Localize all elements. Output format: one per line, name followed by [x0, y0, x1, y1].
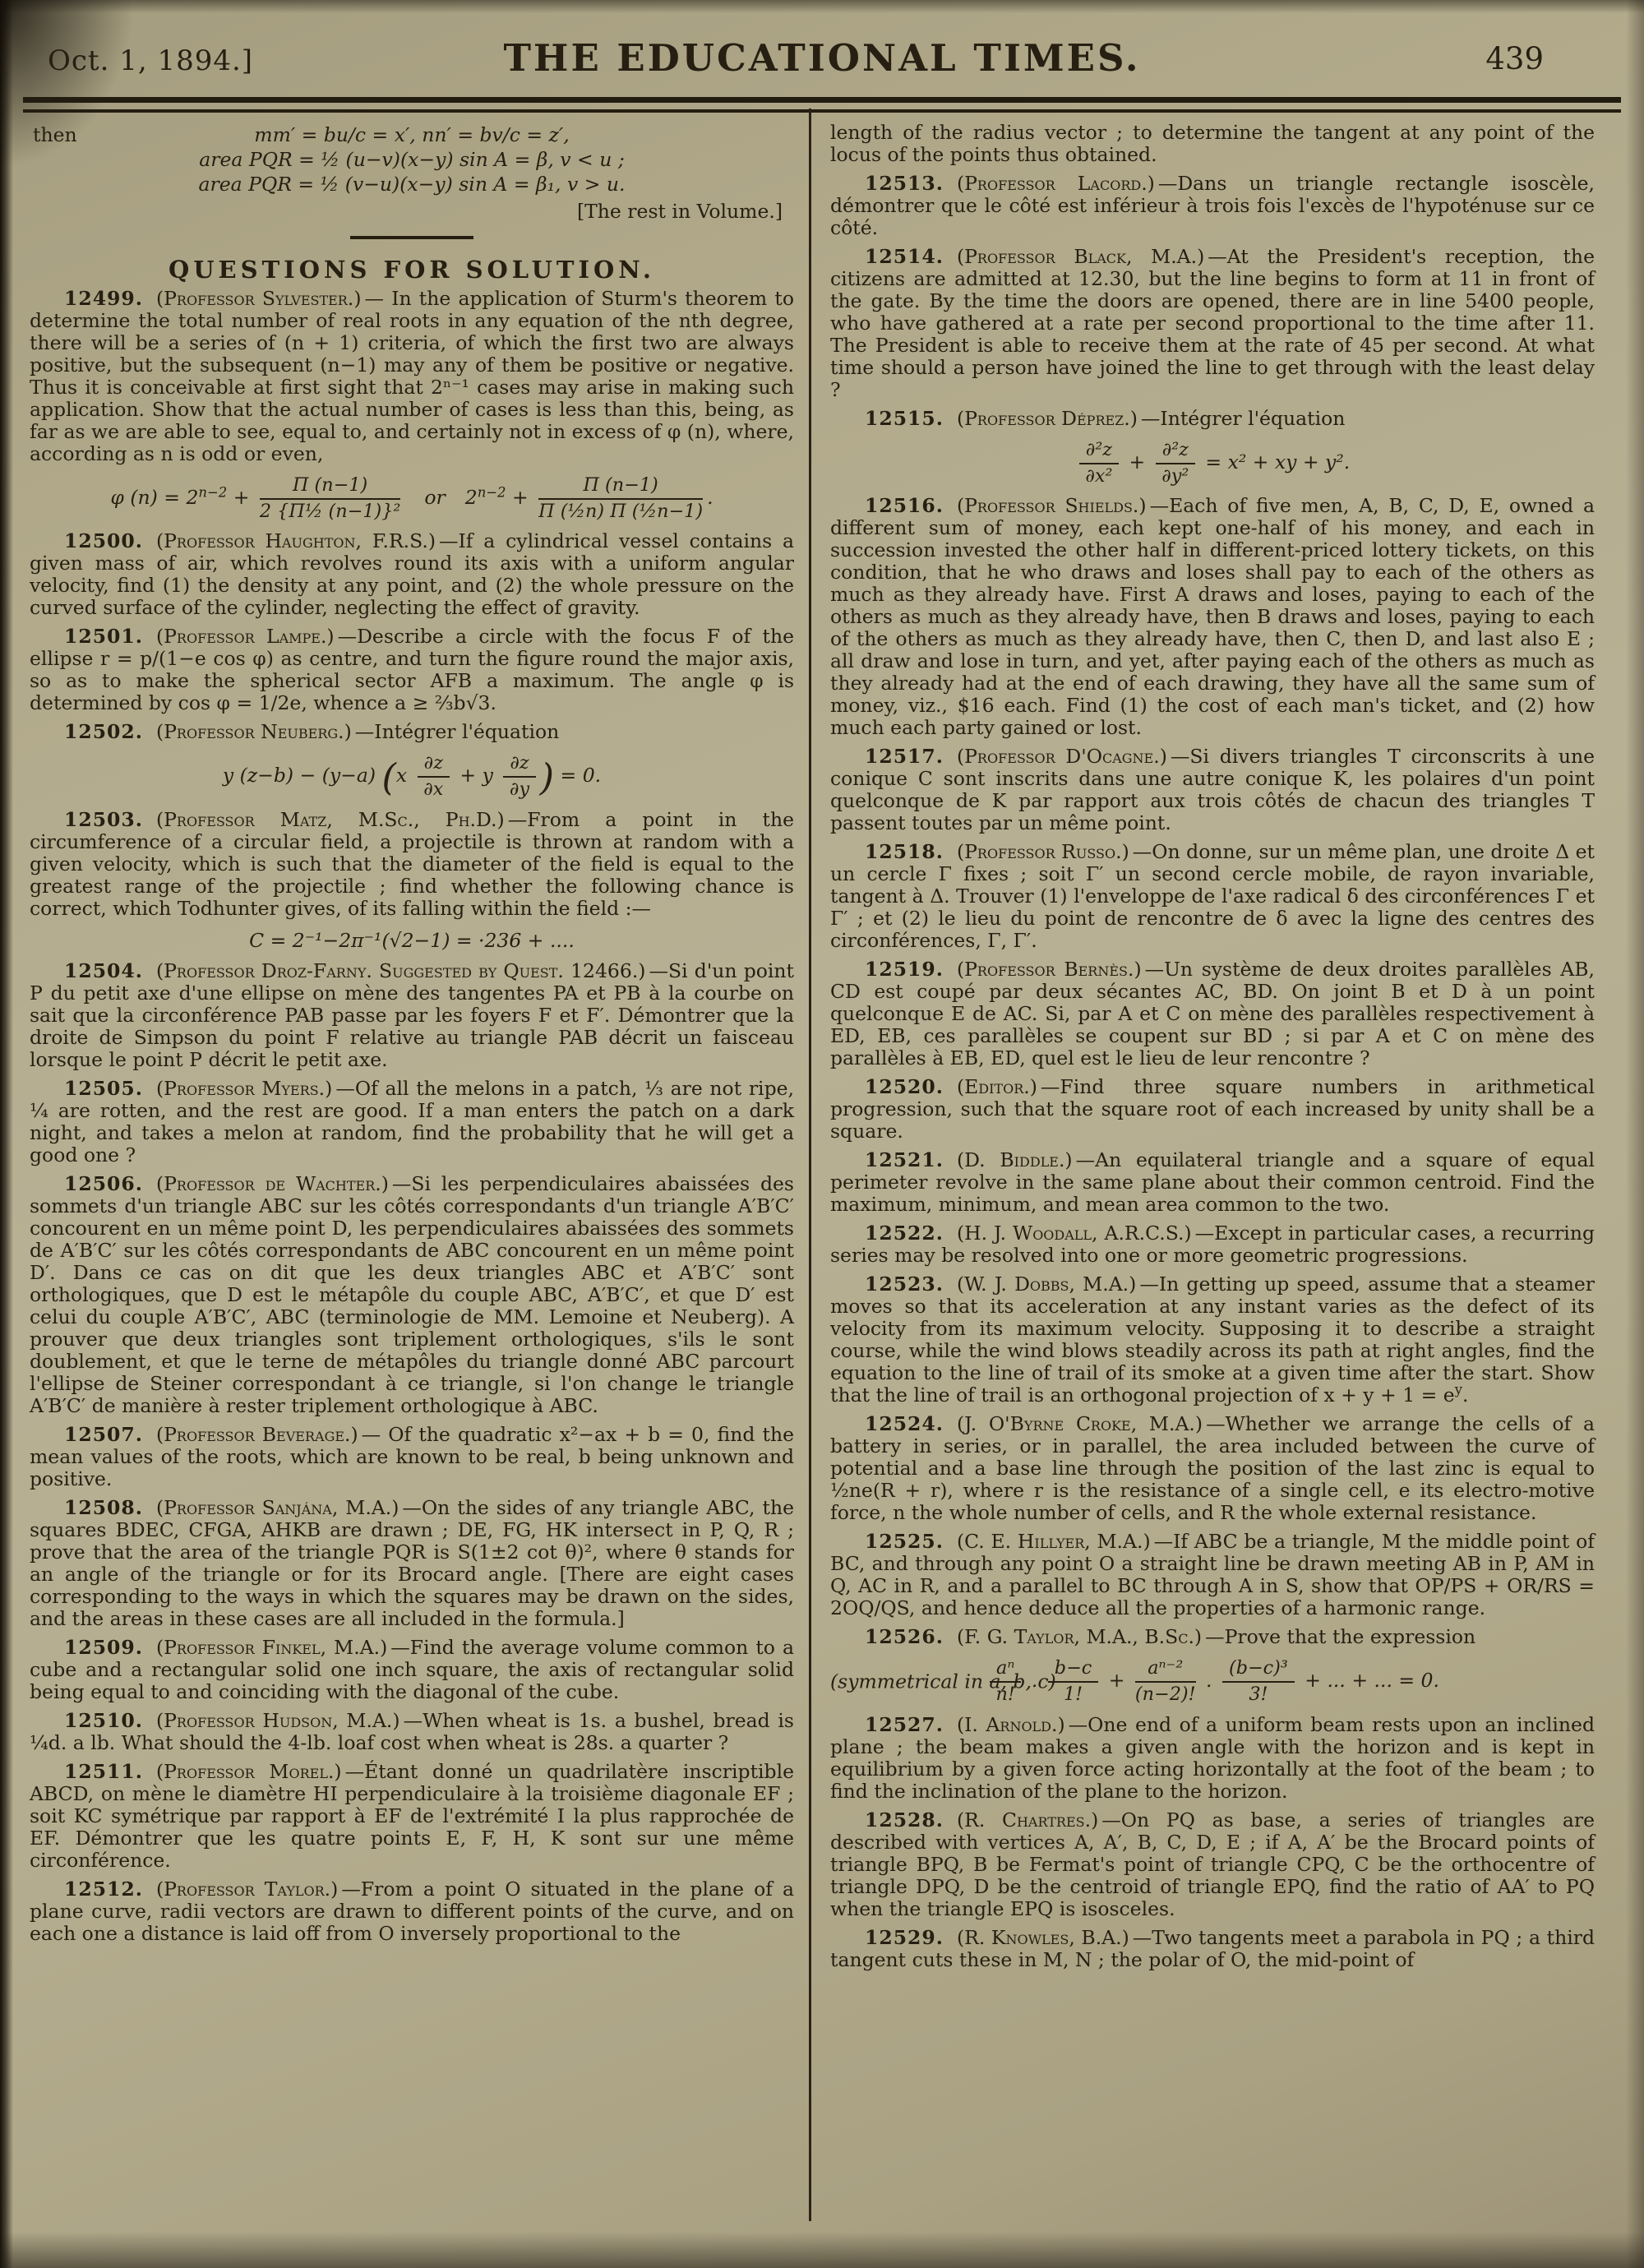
question-12524: 12524.(J. O'Byrne Croke, M.A.)—Whether w… [830, 1413, 1595, 1524]
question-12505: 12505.(Professor Myers.)—Of all the melo… [30, 1078, 794, 1166]
question-body: — Of the quadratic x²−ax + b = 0, find t… [30, 1423, 794, 1490]
question-number: 12512. [64, 1878, 143, 1901]
question-author: (Professor Sanjána, M.A.) [156, 1496, 399, 1519]
eq-numerator: ∂z [418, 753, 450, 778]
eq-part: + [227, 486, 256, 509]
carryover-equation-3: area PQR = ½ (v−u)(x−y) sin A = β₁, v > … [30, 173, 794, 196]
eq-superscript: n−2 [478, 484, 506, 500]
carryover-paragraph: length of the radius vector ; to determi… [830, 122, 1595, 166]
question-author: (R. Chartres.) [957, 1808, 1098, 1831]
equation-12515: ∂²z∂x² + ∂²z∂y² = x² + xy + y². [830, 440, 1595, 487]
question-12522: 12522.(H. J. Woodall, A.R.C.S.)—Except i… [830, 1222, 1595, 1267]
question-number: 12520. [865, 1075, 944, 1098]
question-12514: 12514.(Professor Black, M.A.)—At the Pre… [830, 246, 1595, 401]
question-12504: 12504.(Professor Droz-Farny. Suggested b… [30, 960, 794, 1071]
question-12519: 12519.(Professor Bernès.)—Un système de … [830, 958, 1595, 1069]
eq-superscript: n−2 [198, 484, 227, 500]
question-author: (J. O'Byrne Croke, M.A.) [957, 1412, 1203, 1435]
equation-12502: y (z−b) − (y−a) (x ∂z∂x + y ∂z∂y) = 0. [30, 753, 794, 800]
question-author: (Professor Morel.) [156, 1760, 342, 1783]
eq-part: = 0. [554, 764, 601, 788]
question-body: —Prove that the expression [1205, 1625, 1475, 1648]
question-author: (Professor Shields.) [957, 494, 1147, 517]
question-number: 12527. [865, 1713, 944, 1736]
question-number: 12529. [865, 1926, 944, 1949]
carryover-text: length of the radius vector ; to determi… [830, 121, 1595, 166]
eq-part: + [506, 486, 535, 509]
eq-part: mm′ = bu/c = x′, nn′ = bv/c = z′, [254, 123, 569, 146]
eq-denominator: ∂x² [1079, 464, 1119, 487]
question-author: (R. Knowles, B.A.) [957, 1926, 1129, 1949]
question-body: —At the President's reception, the citiz… [830, 245, 1595, 401]
eq-numerator: Π (n−1) [538, 475, 703, 500]
question-body: —Each of five men, A, B, C, D, E, owned … [830, 494, 1595, 739]
question-number: 12506. [64, 1172, 143, 1195]
question-body: —Except in particular cases, a recurring… [830, 1222, 1595, 1267]
question-number: 12524. [865, 1412, 944, 1435]
question-12521: 12521.(D. Biddle.)—An equilateral triang… [830, 1149, 1595, 1216]
question-author: (C. E. Hillyer, M.A.) [957, 1530, 1151, 1553]
eq-denominator: 3! [1222, 1683, 1295, 1706]
question-number: 12509. [64, 1636, 143, 1659]
question-number: 12514. [865, 245, 944, 268]
question-author: (Professor Déprez.) [957, 407, 1138, 430]
question-author: (F. G. Taylor, M.A., B.Sc.) [957, 1625, 1202, 1648]
eq-part: or [424, 486, 445, 509]
question-number: 12525. [865, 1530, 944, 1553]
question-body: —Of all the melons in a patch, ⅓ are not… [30, 1077, 794, 1166]
eq-numerator: (b−c)³ [1222, 1658, 1295, 1683]
question-number: 12526. [865, 1625, 944, 1648]
question-number: 12528. [865, 1808, 944, 1831]
eq-part: φ (n) = 2 [110, 486, 198, 509]
question-12503: 12503.(Professor Matz, M.Sc., Ph.D.)—Fro… [30, 809, 794, 920]
question-body: —Dans un triangle rectangle isoscèle, dé… [830, 172, 1595, 239]
question-12502: 12502.(Professor Neuberg.)—Intégrer l'éq… [30, 721, 794, 743]
question-12501: 12501.(Professor Lampe.)—Describe a circ… [30, 626, 794, 714]
header-double-rule [23, 97, 1621, 113]
question-body: —Si les perpendiculaires abaissées des s… [30, 1172, 794, 1417]
question-number: 12516. [865, 494, 944, 517]
eq-part: . [707, 486, 713, 509]
question-body: —An equilateral triangle and a square of… [830, 1148, 1595, 1216]
left-column: thenmm′ = bu/c = x′, nn′ = bv/c = z′, ar… [30, 122, 794, 1945]
question-body: —Étant donné un quadrilatère inscriptibl… [30, 1760, 794, 1872]
equation-12503: C = 2⁻¹−2π⁻¹(√2−1) = ·236 + .... [30, 930, 794, 952]
question-12508: 12508.(Professor Sanjána, M.A.)—On the s… [30, 1497, 794, 1630]
question-12512: 12512.(Professor Taylor.)—From a point O… [30, 1878, 794, 1945]
question-number: 12502. [64, 720, 143, 743]
eq-denominator: 2 {Π½ (n−1)}² [260, 500, 400, 523]
question-author: (Professor Lampe.) [156, 625, 335, 648]
question-body: —Un système de deux droites parallèles A… [830, 958, 1595, 1069]
question-author: (Editor.) [957, 1075, 1037, 1098]
question-body: —On the sides of any triangle ABC, the s… [30, 1496, 794, 1630]
eq-numerator: ∂²z [1156, 440, 1195, 464]
question-number: 12523. [865, 1273, 944, 1296]
question-number: 12503. [64, 808, 143, 831]
question-author: (H. J. Woodall, A.R.C.S.) [957, 1222, 1192, 1245]
eq-part: + y [454, 764, 499, 788]
equation-12499: φ (n) = 2n−2 + Π (n−1)2 {Π½ (n−1)}²or2n−… [30, 475, 794, 522]
question-12511: 12511.(Professor Morel.)—Étant donné un … [30, 1761, 794, 1872]
question-body: —Whether we arrange the cells of a batte… [830, 1412, 1595, 1524]
question-12510: 12510.(Professor Hudson, M.A.)—When whea… [30, 1710, 794, 1754]
eq-fraction: Π (n−1)2 {Π½ (n−1)}² [260, 475, 400, 522]
scan-edge-left [0, 0, 13, 2268]
question-12507: 12507.(Professor Beverage.)— Of the quad… [30, 1424, 794, 1490]
question-author: (Professor Russo.) [957, 840, 1129, 863]
eq-fraction: Π (n−1)Π (½n) Π (½n−1) [538, 475, 703, 522]
question-number: 12499. [64, 287, 143, 310]
question-body: —On PQ as base, a series of triangles ar… [830, 1808, 1595, 1920]
equation-lead-word: then [33, 124, 77, 146]
eq-fraction: ∂z∂y [503, 753, 535, 800]
eq-numerator: ∂²z [1079, 440, 1119, 464]
question-body: —From a point O situated in the plane of… [30, 1878, 794, 1945]
question-12509: 12509.(Professor Finkel, M.A.)—Find the … [30, 1637, 794, 1703]
question-author: (Professor Taylor.) [156, 1878, 338, 1901]
question-author: (Professor Finkel, M.A.) [156, 1636, 387, 1659]
question-12500: 12500.(Professor Haughton, F.R.S.)—If a … [30, 530, 794, 619]
question-author: (I. Arnold.) [957, 1713, 1065, 1736]
eq-numerator: aⁿ⁻² [1135, 1658, 1196, 1683]
eq-paren: ( [382, 756, 396, 799]
eq-numerator: ∂z [503, 753, 535, 778]
question-body: —Intégrer l'équation [1141, 407, 1345, 430]
eq-denominator: ∂y² [1156, 464, 1195, 487]
eq-fraction: ∂²z∂x² [1079, 440, 1119, 487]
eq-part: y (z−b) − (y−a) [223, 764, 382, 788]
page-header: Oct. 1, 1894.] THE EDUCATIONAL TIMES. 43… [33, 33, 1611, 95]
question-number: 12515. [865, 407, 944, 430]
eq-part: . [1462, 1383, 1468, 1407]
question-number: 12505. [64, 1077, 143, 1100]
question-author: (Professor Lacord.) [957, 172, 1155, 195]
question-12525: 12525.(C. E. Hillyer, M.A.)—If ABC be a … [830, 1531, 1595, 1619]
eq-numerator: Π (n−1) [260, 475, 400, 500]
question-number: 12513. [865, 172, 944, 195]
rest-in-volume-note: [The rest in Volume.] [30, 201, 794, 223]
question-author: (D. Biddle.) [957, 1148, 1073, 1171]
question-12527: 12527.(I. Arnold.)—One end of a uniform … [830, 1714, 1595, 1803]
question-body: —If ABC be a triangle, M the middle poin… [830, 1530, 1595, 1619]
question-number: 12511. [64, 1760, 143, 1783]
question-number: 12508. [64, 1496, 143, 1519]
scan-edge-top [0, 0, 1644, 13]
question-body: —Intégrer l'équation [355, 720, 559, 743]
question-author: (Professor D'Ocagne.) [957, 745, 1167, 768]
question-author: (Professor Droz-Farny. Suggested by Ques… [156, 959, 646, 982]
scan-edge-bottom [0, 2232, 1644, 2268]
question-body: —Find three square numbers in arithmetic… [830, 1075, 1595, 1143]
question-author: (Professor Myers.) [156, 1077, 332, 1100]
eq-fraction: (b−c)³3! [1222, 1658, 1295, 1705]
question-body: —One end of a uniform beam rests upon an… [830, 1713, 1595, 1803]
column-divider-rule [809, 109, 811, 2221]
eq-part: = x² + xy + y². [1199, 450, 1350, 473]
eq-denominator: (n−2)! [1135, 1683, 1196, 1706]
eq-fraction: ∂z∂x [418, 753, 450, 800]
eq-label: (symmetrical in a, b, c) [830, 1671, 1056, 1693]
right-column: length of the radius vector ; to determi… [830, 122, 1595, 1971]
question-body: —On donne, sur un même plan, une droite … [830, 840, 1595, 952]
question-number: 12504. [64, 959, 143, 982]
page-number: 439 [1485, 41, 1544, 76]
question-12515: 12515.(Professor Déprez.)—Intégrer l'équ… [830, 408, 1595, 430]
eq-part: + [1123, 450, 1152, 473]
question-body: —Si divers triangles T circonscrits à un… [830, 745, 1595, 834]
eq-fraction: aⁿ⁻²(n−2)! [1135, 1658, 1196, 1705]
eq-paren: ) [540, 756, 554, 799]
question-number: 12521. [865, 1148, 944, 1171]
section-separator-rule [350, 236, 473, 239]
question-number: 12519. [865, 958, 944, 981]
question-author: (Professor Bernès.) [957, 958, 1142, 981]
question-body: —In getting up speed, assume that a stea… [830, 1273, 1595, 1407]
question-number: 12507. [64, 1423, 143, 1446]
eq-denominator: ∂x [418, 778, 450, 801]
eq-part: + [1102, 1670, 1131, 1693]
question-author: (Professor de Wachter.) [156, 1172, 389, 1195]
question-12526: 12526.(F. G. Taylor, M.A., B.Sc.)—Prove … [830, 1626, 1595, 1648]
question-12517: 12517.(Professor D'Ocagne.)—Si divers tr… [830, 746, 1595, 834]
eq-denominator: Π (½n) Π (½n−1) [538, 500, 703, 523]
question-number: 12500. [64, 529, 143, 552]
carryover-equation-1: thenmm′ = bu/c = x′, nn′ = bv/c = z′, [30, 124, 794, 146]
question-12523: 12523.(W. J. Dobbs, M.A.)—In getting up … [830, 1273, 1595, 1407]
eq-part: . [1200, 1670, 1218, 1693]
question-number: 12522. [865, 1222, 944, 1245]
question-body: —Two tangents meet a parabola in PQ ; a … [830, 1926, 1595, 1971]
eq-superscript: y [1455, 1383, 1462, 1398]
question-body: —When wheat is 1s. a bushel, bread is ¼d… [30, 1709, 794, 1754]
question-body: —Find the average volume common to a cub… [30, 1636, 794, 1703]
question-12506: 12506.(Professor de Wachter.)—Si les per… [30, 1173, 794, 1417]
eq-denominator: ∂y [503, 778, 535, 801]
eq-part: 2 [465, 486, 478, 509]
page-title: THE EDUCATIONAL TIMES. [33, 36, 1611, 80]
carryover-equation-2: area PQR = ½ (u−v)(x−y) sin A = β, v < u… [30, 149, 794, 171]
section-heading: QUESTIONS FOR SOLUTION. [30, 259, 794, 281]
question-number: 12501. [64, 625, 143, 648]
eq-part: x [396, 764, 413, 788]
question-author: (Professor Sylvester.) [156, 287, 362, 310]
question-body: —Describe a circle with the focus F of t… [30, 625, 794, 714]
question-number: 12518. [865, 840, 944, 863]
question-number: 12517. [865, 745, 944, 768]
eq-part: + ... + ... = 0. [1299, 1670, 1439, 1693]
question-12518: 12518.(Professor Russo.)—On donne, sur u… [830, 841, 1595, 952]
question-12528: 12528.(R. Chartres.)—On PQ as base, a se… [830, 1809, 1595, 1920]
equation-12526: (symmetrical in a, b, c)aⁿn! . b−c1! + a… [830, 1658, 1595, 1705]
eq-fraction: ∂²z∂y² [1156, 440, 1195, 487]
question-number: 12510. [64, 1709, 143, 1732]
scan-edge-right [1626, 0, 1644, 2268]
question-12499: 12499.(Professor Sylvester.)— In the app… [30, 288, 794, 465]
question-12516: 12516.(Professor Shields.)—Each of five … [830, 495, 1595, 739]
question-body: — In the application of Sturm's theorem … [30, 287, 794, 465]
question-author: (W. J. Dobbs, M.A.) [957, 1273, 1136, 1296]
question-author: (Professor Black, M.A.) [957, 245, 1204, 268]
question-12513: 12513.(Professor Lacord.)—Dans un triang… [830, 173, 1595, 239]
question-author: (Professor Beverage.) [156, 1423, 358, 1446]
question-12529: 12529.(R. Knowles, B.A.)—Two tangents me… [830, 1927, 1595, 1971]
question-author: (Professor Haughton, F.R.S.) [156, 529, 436, 552]
question-12520: 12520.(Editor.)—Find three square number… [830, 1076, 1595, 1143]
question-author: (Professor Hudson, M.A.) [156, 1709, 400, 1732]
question-author: (Professor Neuberg.) [156, 720, 352, 743]
question-author: (Professor Matz, M.Sc., Ph.D.) [156, 808, 505, 831]
